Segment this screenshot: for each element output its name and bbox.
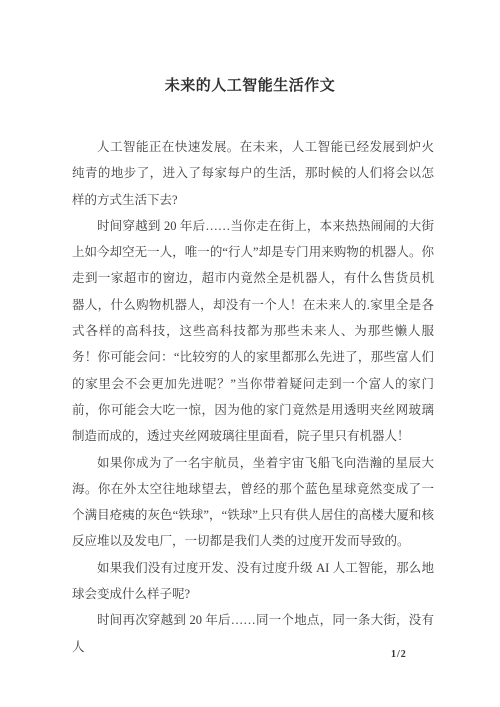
essay-paragraph: 如果你成为了一名宇航员，坐着宇宙飞船飞向浩瀚的星辰大海。你在外太空往地球望去，曾… — [72, 450, 434, 555]
essay-paragraph: 人工智能正在快速发展。在未来，人工智能已经发展到炉火纯青的地步了，进入了每家每户… — [72, 134, 434, 213]
essay-paragraph: 时间穿越到 20 年后……当你走在街上，本来热热闹闹的大街上如今却空无一人，唯一… — [72, 213, 434, 450]
page-number: 1/2 — [391, 649, 407, 660]
essay-paragraph: 时间再次穿越到 20 年后……同一个地点，同一条大街，没有人 — [72, 607, 434, 660]
page-title: 未来的人工智能生活作文 — [0, 74, 500, 95]
essay-body: 人工智能正在快速发展。在未来，人工智能已经发展到炉火纯青的地步了，进入了每家每户… — [72, 134, 434, 660]
document-page: 未来的人工智能生活作文 人工智能正在快速发展。在未来，人工智能已经发展到炉火纯青… — [0, 0, 500, 707]
essay-paragraph: 如果我们没有过度开发、没有过度升级 AI 人工智能，那么地球会变成什么样子呢? — [72, 555, 434, 608]
